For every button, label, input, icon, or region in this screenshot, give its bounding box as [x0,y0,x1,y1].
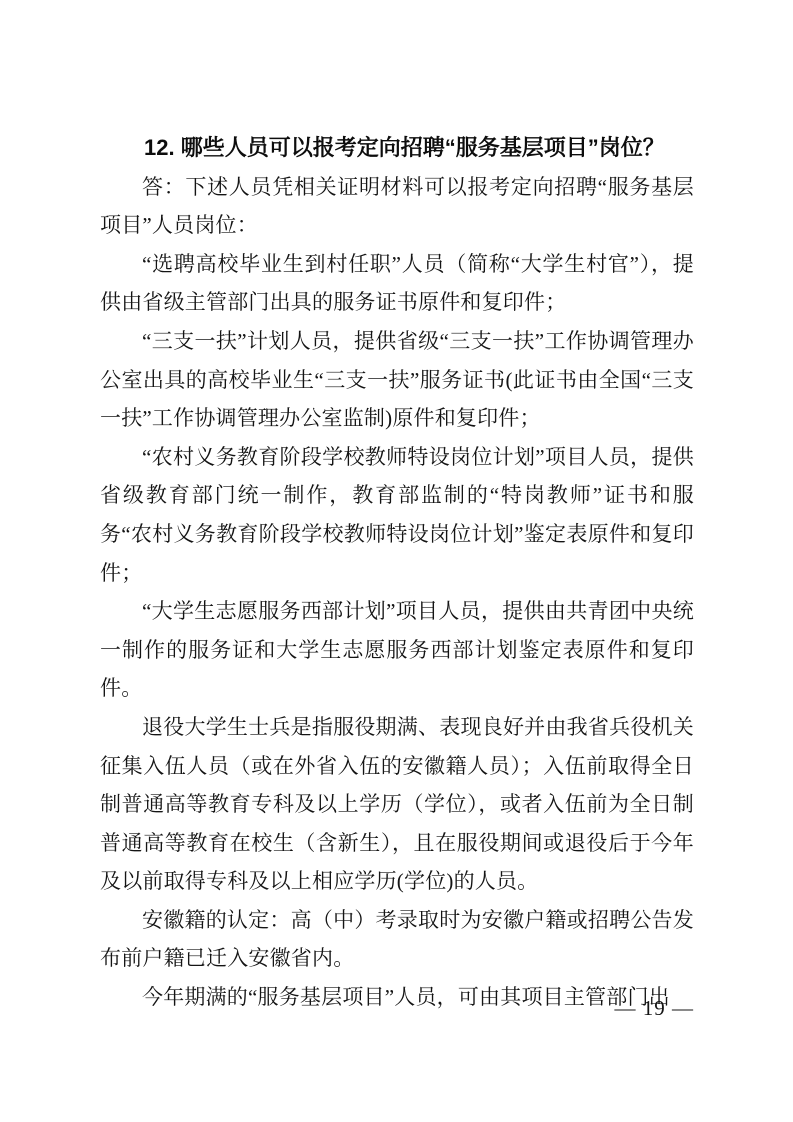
paragraph: “三支一扶”计划人员，提供省级“三支一扶”工作协调管理办公室出具的高校毕业生“三… [100,322,694,438]
document-page: 12. 哪些人员可以报考定向招聘“服务基层项目”岗位？ 答：下述人员凭相关证明材… [0,0,793,1122]
answer-paragraphs: 答：下述人员凭相关证明材料可以报考定向招聘“服务基层项目”人员岗位：“选聘高校毕… [100,168,694,1017]
paragraph: “农村义务教育阶段学校教师特设岗位计划”项目人员，提供省级教育部门统一制作，教育… [100,438,694,592]
question-heading: 12. 哪些人员可以报考定向招聘“服务基层项目”岗位？ [100,129,694,168]
document-content: 12. 哪些人员可以报考定向招聘“服务基层项目”岗位？ 答：下述人员凭相关证明材… [100,129,694,1017]
paragraph: “选聘高校毕业生到村任职”人员（简称“大学生村官”），提供由省级主管部门出具的服… [100,245,694,322]
paragraph: 退役大学生士兵是指服役期满、表现良好并由我省兵役机关征集入伍人员（或在外省入伍的… [100,708,694,901]
page-number: — 19 — [615,996,695,1021]
paragraph: 安徽籍的认定：高（中）考录取时为安徽户籍或招聘公告发布前户籍已迁入安徽省内。 [100,901,694,978]
paragraph: 答：下述人员凭相关证明材料可以报考定向招聘“服务基层项目”人员岗位： [100,168,694,245]
paragraph: 今年期满的“服务基层项目”人员，可由其项目主管部门出 [100,978,694,1017]
paragraph: “大学生志愿服务西部计划”项目人员，提供由共青团中央统一制作的服务证和大学生志愿… [100,592,694,708]
